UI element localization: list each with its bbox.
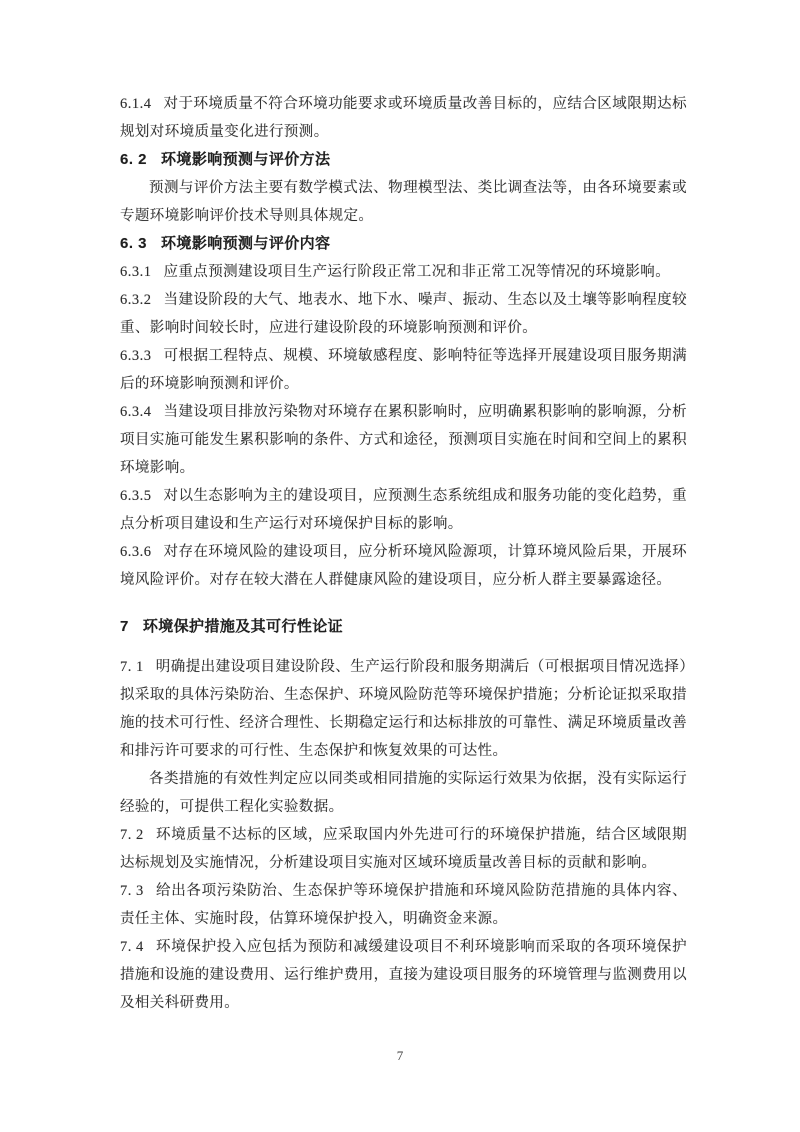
clause-text: 明确提出建设项目建设阶段、生产运行阶段和服务期满后（可根据项目情况选择）拟采取的… [120, 659, 687, 759]
clause-text: 对存在环境风险的建设项目，应分析环境风险源项，计算环境风险后果，开展环境风险评价… [120, 544, 687, 588]
clause-number: 6.3.5 [120, 482, 152, 510]
heading-number: 6. 2 [120, 146, 147, 174]
page-footer: 7 [0, 1042, 800, 1070]
chapter-text: 环境保护措施及其可行性论证 [143, 618, 343, 635]
clause-text: 给出各项污染防治、生态保护等环境保护措施和环境风险防范措施的具体内容、责任主体、… [120, 883, 687, 927]
clause-text: 环境质量不达标的区域，应采取国内外先进可行的环境保护措施，结合区域限期达标规划及… [120, 827, 687, 871]
clause-7-3: 7. 3给出各项污染防治、生态保护等环境保护措施和环境风险防范措施的具体内容、责… [120, 877, 687, 933]
clause-number: 6.3.3 [120, 342, 152, 370]
clause-number: 7. 4 [120, 933, 144, 961]
document-page: 6.1.4对于环境质量不符合环境功能要求或环境质量改善目标的，应结合区域限期达标… [0, 0, 800, 1132]
clause-text: 当建设项目排放污染物对环境存在累积影响时，应明确累积影响的影响源，分析项目实施可… [120, 404, 687, 476]
clause-7-1: 7. 1明确提出建设项目建设阶段、生产运行阶段和服务期满后（可根据项目情况选择）… [120, 653, 687, 765]
clause-text: 对于环境质量不符合环境功能要求或环境质量改善目标的，应结合区域限期达标规划对环境… [120, 96, 687, 140]
clause-text: 可根据工程特点、规模、环境敏感程度、影响特征等选择开展建设项目服务期满后的环境影… [120, 348, 687, 392]
chapter-number: 7 [120, 613, 129, 641]
heading-text: 环境影响预测与评价方法 [161, 151, 330, 168]
clause-7-2: 7. 2环境质量不达标的区域，应采取国内外先进可行的环境保护措施，结合区域限期达… [120, 821, 687, 877]
clause-text: 对以生态影响为主的建设项目，应预测生态系统组成和服务功能的变化趋势，重点分析项目… [120, 488, 687, 532]
clause-number: 6.3.4 [120, 398, 152, 426]
clause-6-3-5: 6.3.5对以生态影响为主的建设项目，应预测生态系统组成和服务功能的变化趋势，重… [120, 482, 687, 538]
document-content: 6.1.4对于环境质量不符合环境功能要求或环境质量改善目标的，应结合区域限期达标… [120, 90, 687, 1017]
heading-6-3: 6. 3环境影响预测与评价内容 [120, 230, 687, 258]
clause-text: 环境保护投入应包括为预防和减缓建设项目不利环境影响而采取的各项环境保护措施和设施… [120, 939, 687, 1011]
clause-6-3-4: 6.3.4当建设项目排放污染物对环境存在累积影响时，应明确累积影响的影响源，分析… [120, 398, 687, 482]
clause-number: 6.3.6 [120, 538, 152, 566]
clause-text: 当建设阶段的大气、地表水、地下水、噪声、振动、生态以及土壤等影响程度较重、影响时… [120, 292, 687, 336]
clause-6-3-1: 6.3.1应重点预测建设项目生产运行阶段正常工况和非正常工况等情况的环境影响。 [120, 258, 687, 286]
clause-number: 6.3.1 [120, 258, 152, 286]
clause-6-3-2: 6.3.2当建设阶段的大气、地表水、地下水、噪声、振动、生态以及土壤等影响程度较… [120, 286, 687, 342]
heading-number: 6. 3 [120, 230, 147, 258]
clause-number: 6.3.2 [120, 286, 152, 314]
clause-text: 应重点预测建设项目生产运行阶段正常工况和非正常工况等情况的环境影响。 [164, 264, 671, 280]
clause-number: 7. 1 [120, 653, 144, 681]
clause-6-1-4: 6.1.4对于环境质量不符合环境功能要求或环境质量改善目标的，应结合区域限期达标… [120, 90, 687, 146]
clause-number: 7. 2 [120, 821, 144, 849]
clause-number: 7. 3 [120, 877, 144, 905]
page-number: 7 [397, 1048, 404, 1063]
heading-6-2: 6. 2环境影响预测与评价方法 [120, 146, 687, 174]
clause-number: 6.1.4 [120, 90, 152, 118]
paragraph-prediction-methods: 预测与评价方法主要有数学模式法、物理模型法、类比调查法等，由各环境要素或专题环境… [120, 174, 687, 230]
clause-6-3-3: 6.3.3可根据工程特点、规模、环境敏感程度、影响特征等选择开展建设项目服务期满… [120, 342, 687, 398]
chapter-7-heading: 7环境保护措施及其可行性论证 [120, 613, 687, 641]
paragraph-measures-effectiveness: 各类措施的有效性判定应以同类或相同措施的实际运行效果为依据，没有实际运行经验的，… [120, 765, 687, 821]
clause-7-4: 7. 4环境保护投入应包括为预防和减缓建设项目不利环境影响而采取的各项环境保护措… [120, 933, 687, 1017]
heading-text: 环境影响预测与评价内容 [161, 235, 330, 252]
clause-6-3-6: 6.3.6对存在环境风险的建设项目，应分析环境风险源项，计算环境风险后果，开展环… [120, 538, 687, 594]
